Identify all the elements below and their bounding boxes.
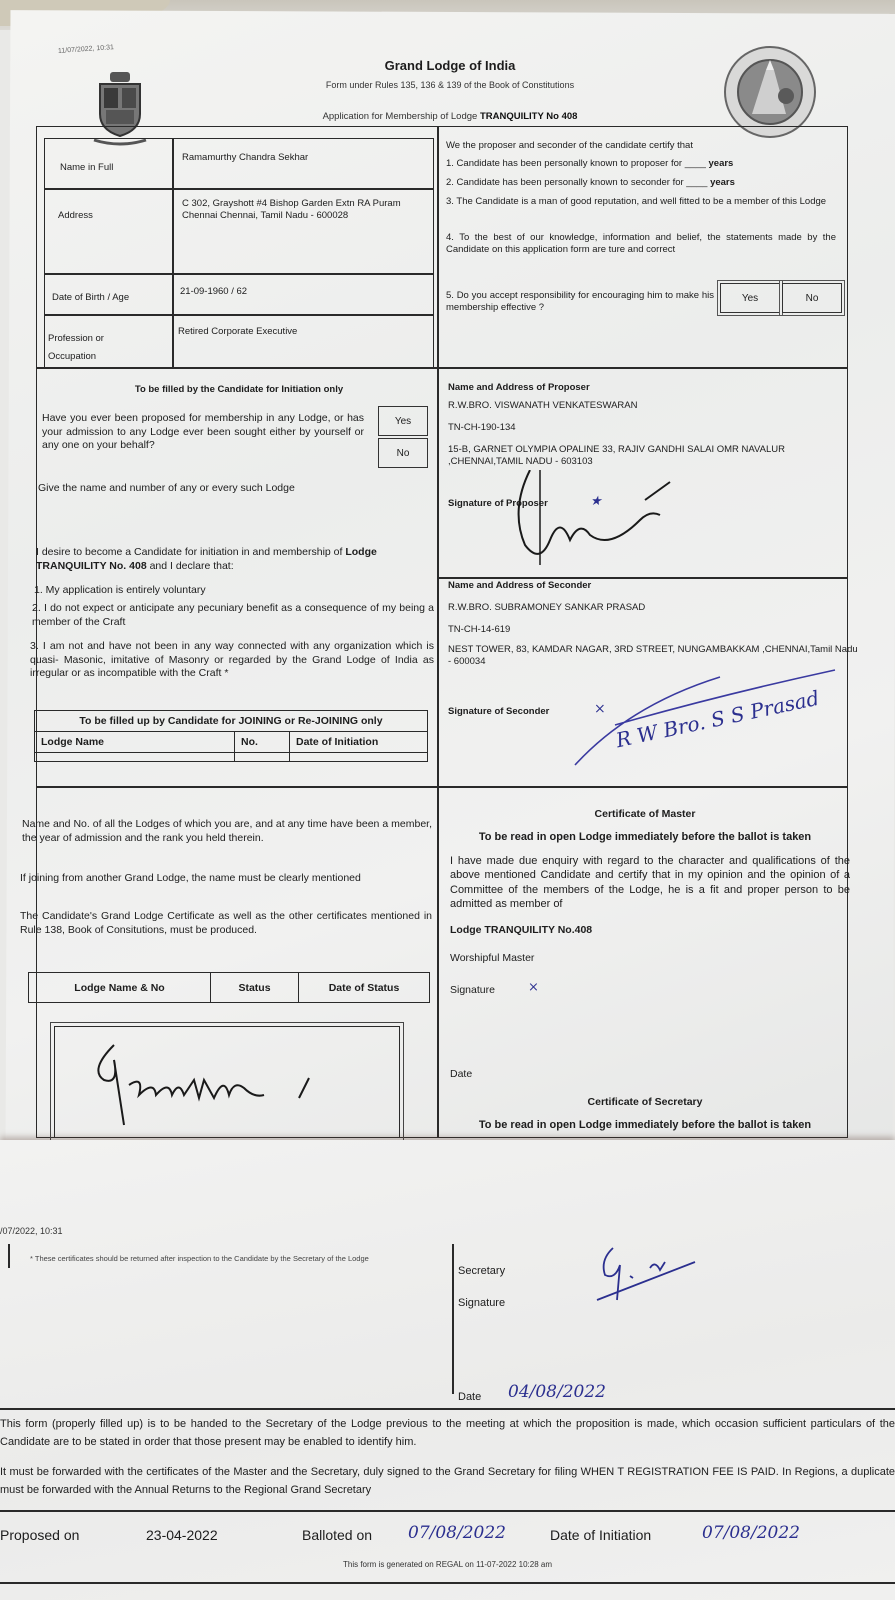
- item-1-text: 1. Candidate has been personally known t…: [446, 158, 682, 169]
- joining-col-lodge-name: Lodge Name: [35, 732, 235, 753]
- proposed-on-label: Proposed on: [0, 1526, 79, 1544]
- declaration-item-1: 1. My application is entirely voluntary: [34, 584, 206, 598]
- form-subtitle: Form under Rules 135, 136 & 139 of the B…: [240, 80, 660, 90]
- candidate-row-divider: [44, 273, 434, 275]
- dob-label: Date of Birth / Age: [52, 292, 129, 304]
- seconder-heading: Name and Address of Seconder: [448, 580, 591, 592]
- name-value: Ramamurthy Chandra Sekhar: [182, 152, 308, 164]
- secretary-date-label: Date: [458, 1390, 481, 1404]
- declaration-item-3: 3. I am not and have not been in any way…: [30, 640, 434, 681]
- item-2-unit: years: [710, 177, 735, 188]
- generated-note: This form is generated on REGAL on 11-07…: [0, 1560, 895, 1570]
- seconder-code: TN-CH-14-619: [448, 624, 510, 636]
- secretary-heading: Certificate of Secretary: [440, 1096, 850, 1110]
- responsibility-no-checkbox[interactable]: No: [782, 283, 842, 313]
- footer-instructions-1: This form (properly filled up) is to be …: [0, 1416, 895, 1451]
- footer-instructions-2: It must be forwarded with the certificat…: [0, 1464, 895, 1499]
- secretary-label: Secretary: [458, 1264, 505, 1278]
- lodges-col-status: Status: [211, 973, 299, 1003]
- center-divider: [437, 126, 439, 1138]
- lodges-instruction-1: Name and No. of all the Lodges of which …: [22, 818, 432, 845]
- left-border-fragment: [8, 1244, 10, 1268]
- footer-divider-3: [0, 1582, 895, 1584]
- certification-intro: We the proposer and seconder of the cand…: [446, 140, 836, 152]
- candidate-row-divider: [44, 314, 434, 316]
- address-value: C 302, Grayshott #4 Bishop Garden Extn R…: [182, 198, 422, 223]
- candidate-signature: [84, 1040, 384, 1130]
- secretary-divider: [452, 1244, 454, 1394]
- name-label: Name in Full: [60, 162, 113, 174]
- lodges-instruction-3: The Candidate's Grand Lodge Certificate …: [20, 910, 432, 937]
- initiation-heading: To be filled by the Candidate for Initia…: [44, 384, 434, 396]
- certification-item-2: 2. Candidate has been personally known t…: [446, 177, 836, 189]
- proposed-before-yes-checkbox[interactable]: Yes: [378, 406, 428, 436]
- declaration-item-2: 2. I do not expect or anticipate any pec…: [32, 602, 434, 629]
- initiation-question: Have you ever been proposed for membersh…: [42, 412, 364, 453]
- seconder-name: R.W.BRO. SUBRAMONEY SANKAR PRASAD: [448, 602, 645, 614]
- date-of-initiation-label: Date of Initiation: [550, 1526, 651, 1544]
- secretary-subheading: To be read in open Lodge immediately bef…: [440, 1118, 850, 1132]
- joining-table: To be filled up by Candidate for JOINING…: [34, 710, 428, 762]
- master-subheading: To be read in open Lodge immediately bef…: [440, 830, 850, 844]
- joining-cell[interactable]: [290, 753, 428, 762]
- proposer-address: 15-B, GARNET OLYMPIA OPALINE 33, RAJIV G…: [448, 444, 848, 469]
- certification-item-5: 5. Do you accept responsibility for enco…: [446, 290, 714, 315]
- footer-divider-2: [0, 1510, 895, 1512]
- lodges-col-date: Date of Status: [299, 973, 430, 1003]
- declaration-intro-text: I desire to become a Candidate for initi…: [36, 546, 342, 558]
- certification-item-1: 1. Candidate has been personally known t…: [446, 158, 836, 170]
- secretary-date-value: 04/08/2022: [508, 1381, 606, 1403]
- date-of-initiation-value: 07/08/2022: [702, 1522, 800, 1544]
- application-heading: Application for Membership of Lodge TRAN…: [240, 111, 660, 122]
- proposer-code: TN-CH-190-134: [448, 422, 516, 434]
- lodges-col-name: Lodge Name & No: [29, 973, 211, 1003]
- profession-value: Retired Corporate Executive: [178, 326, 297, 338]
- item-1-unit: years: [709, 158, 734, 169]
- candidate-table-col-divider: [172, 138, 174, 368]
- application-prefix: Application for Membership of Lodge: [323, 111, 480, 122]
- master-heading: Certificate of Master: [440, 808, 850, 822]
- joining-col-date: Date of Initiation: [290, 732, 428, 753]
- responsibility-yes-checkbox[interactable]: Yes: [720, 283, 780, 313]
- give-lodge-name-instruction: Give the name and number of any or every…: [38, 482, 295, 496]
- declaration-intro: I desire to become a Candidate for initi…: [36, 546, 436, 573]
- master-signature-label: Signature: [450, 984, 495, 998]
- joining-cell[interactable]: [35, 753, 235, 762]
- item-2-years-blank: ____: [686, 177, 707, 188]
- print-timestamp-bottom: /07/2022, 10:31: [0, 1226, 63, 1238]
- proposed-before-no-checkbox[interactable]: No: [378, 438, 428, 468]
- secretary-signature[interactable]: [595, 1240, 715, 1310]
- certification-item-4: 4. To the best of our knowledge, informa…: [446, 232, 836, 257]
- item-2-text: 2. Candidate has been personally known t…: [446, 177, 684, 188]
- footer-divider: [0, 1408, 895, 1410]
- proposer-signature[interactable]: [500, 470, 690, 570]
- proposed-on-value: 23-04-2022: [146, 1526, 218, 1544]
- dob-value: 21-09-1960 / 62: [180, 286, 247, 298]
- secretary-signature-label: Signature: [458, 1296, 505, 1310]
- declaration-suffix: and I declare that:: [147, 560, 234, 572]
- item-1-years-blank: ____: [685, 158, 706, 169]
- master-date-label: Date: [450, 1068, 472, 1082]
- joining-heading: To be filled up by Candidate for JOINING…: [35, 711, 428, 732]
- lodges-table: Lodge Name & No Status Date of Status: [28, 972, 430, 1003]
- worshipful-master-label: Worshipful Master: [450, 952, 534, 966]
- application-lodge: TRANQUILITY No 408: [480, 111, 577, 122]
- address-label: Address: [58, 210, 93, 222]
- balloted-on-value: 07/08/2022: [408, 1522, 506, 1544]
- certification-item-3: 3. The Candidate is a man of good reputa…: [446, 196, 836, 208]
- joining-col-no: No.: [235, 732, 290, 753]
- section-divider-2: [36, 786, 848, 788]
- proposer-divider: [437, 577, 848, 579]
- form-title: Grand Lodge of India: [240, 58, 660, 73]
- lodges-instruction-2: If joining from another Grand Lodge, the…: [20, 872, 432, 886]
- master-body: I have made due enquiry with regard to t…: [450, 854, 850, 911]
- master-lodge: Lodge TRANQUILITY No.408: [450, 924, 592, 938]
- proposer-heading: Name and Address of Proposer: [448, 382, 590, 394]
- certificates-return-note: * These certificates should be returned …: [30, 1252, 430, 1266]
- balloted-on-label: Balloted on: [302, 1526, 372, 1544]
- cross-mark-icon: ×: [528, 980, 539, 997]
- seconder-signature-label: Signature of Seconder: [448, 706, 549, 718]
- joining-cell[interactable]: [235, 753, 290, 762]
- proposer-name: R.W.BRO. VISWANATH VENKATESWARAN: [448, 400, 638, 412]
- candidate-row-divider: [44, 188, 434, 190]
- profession-label: Profession or Occupation: [48, 330, 148, 366]
